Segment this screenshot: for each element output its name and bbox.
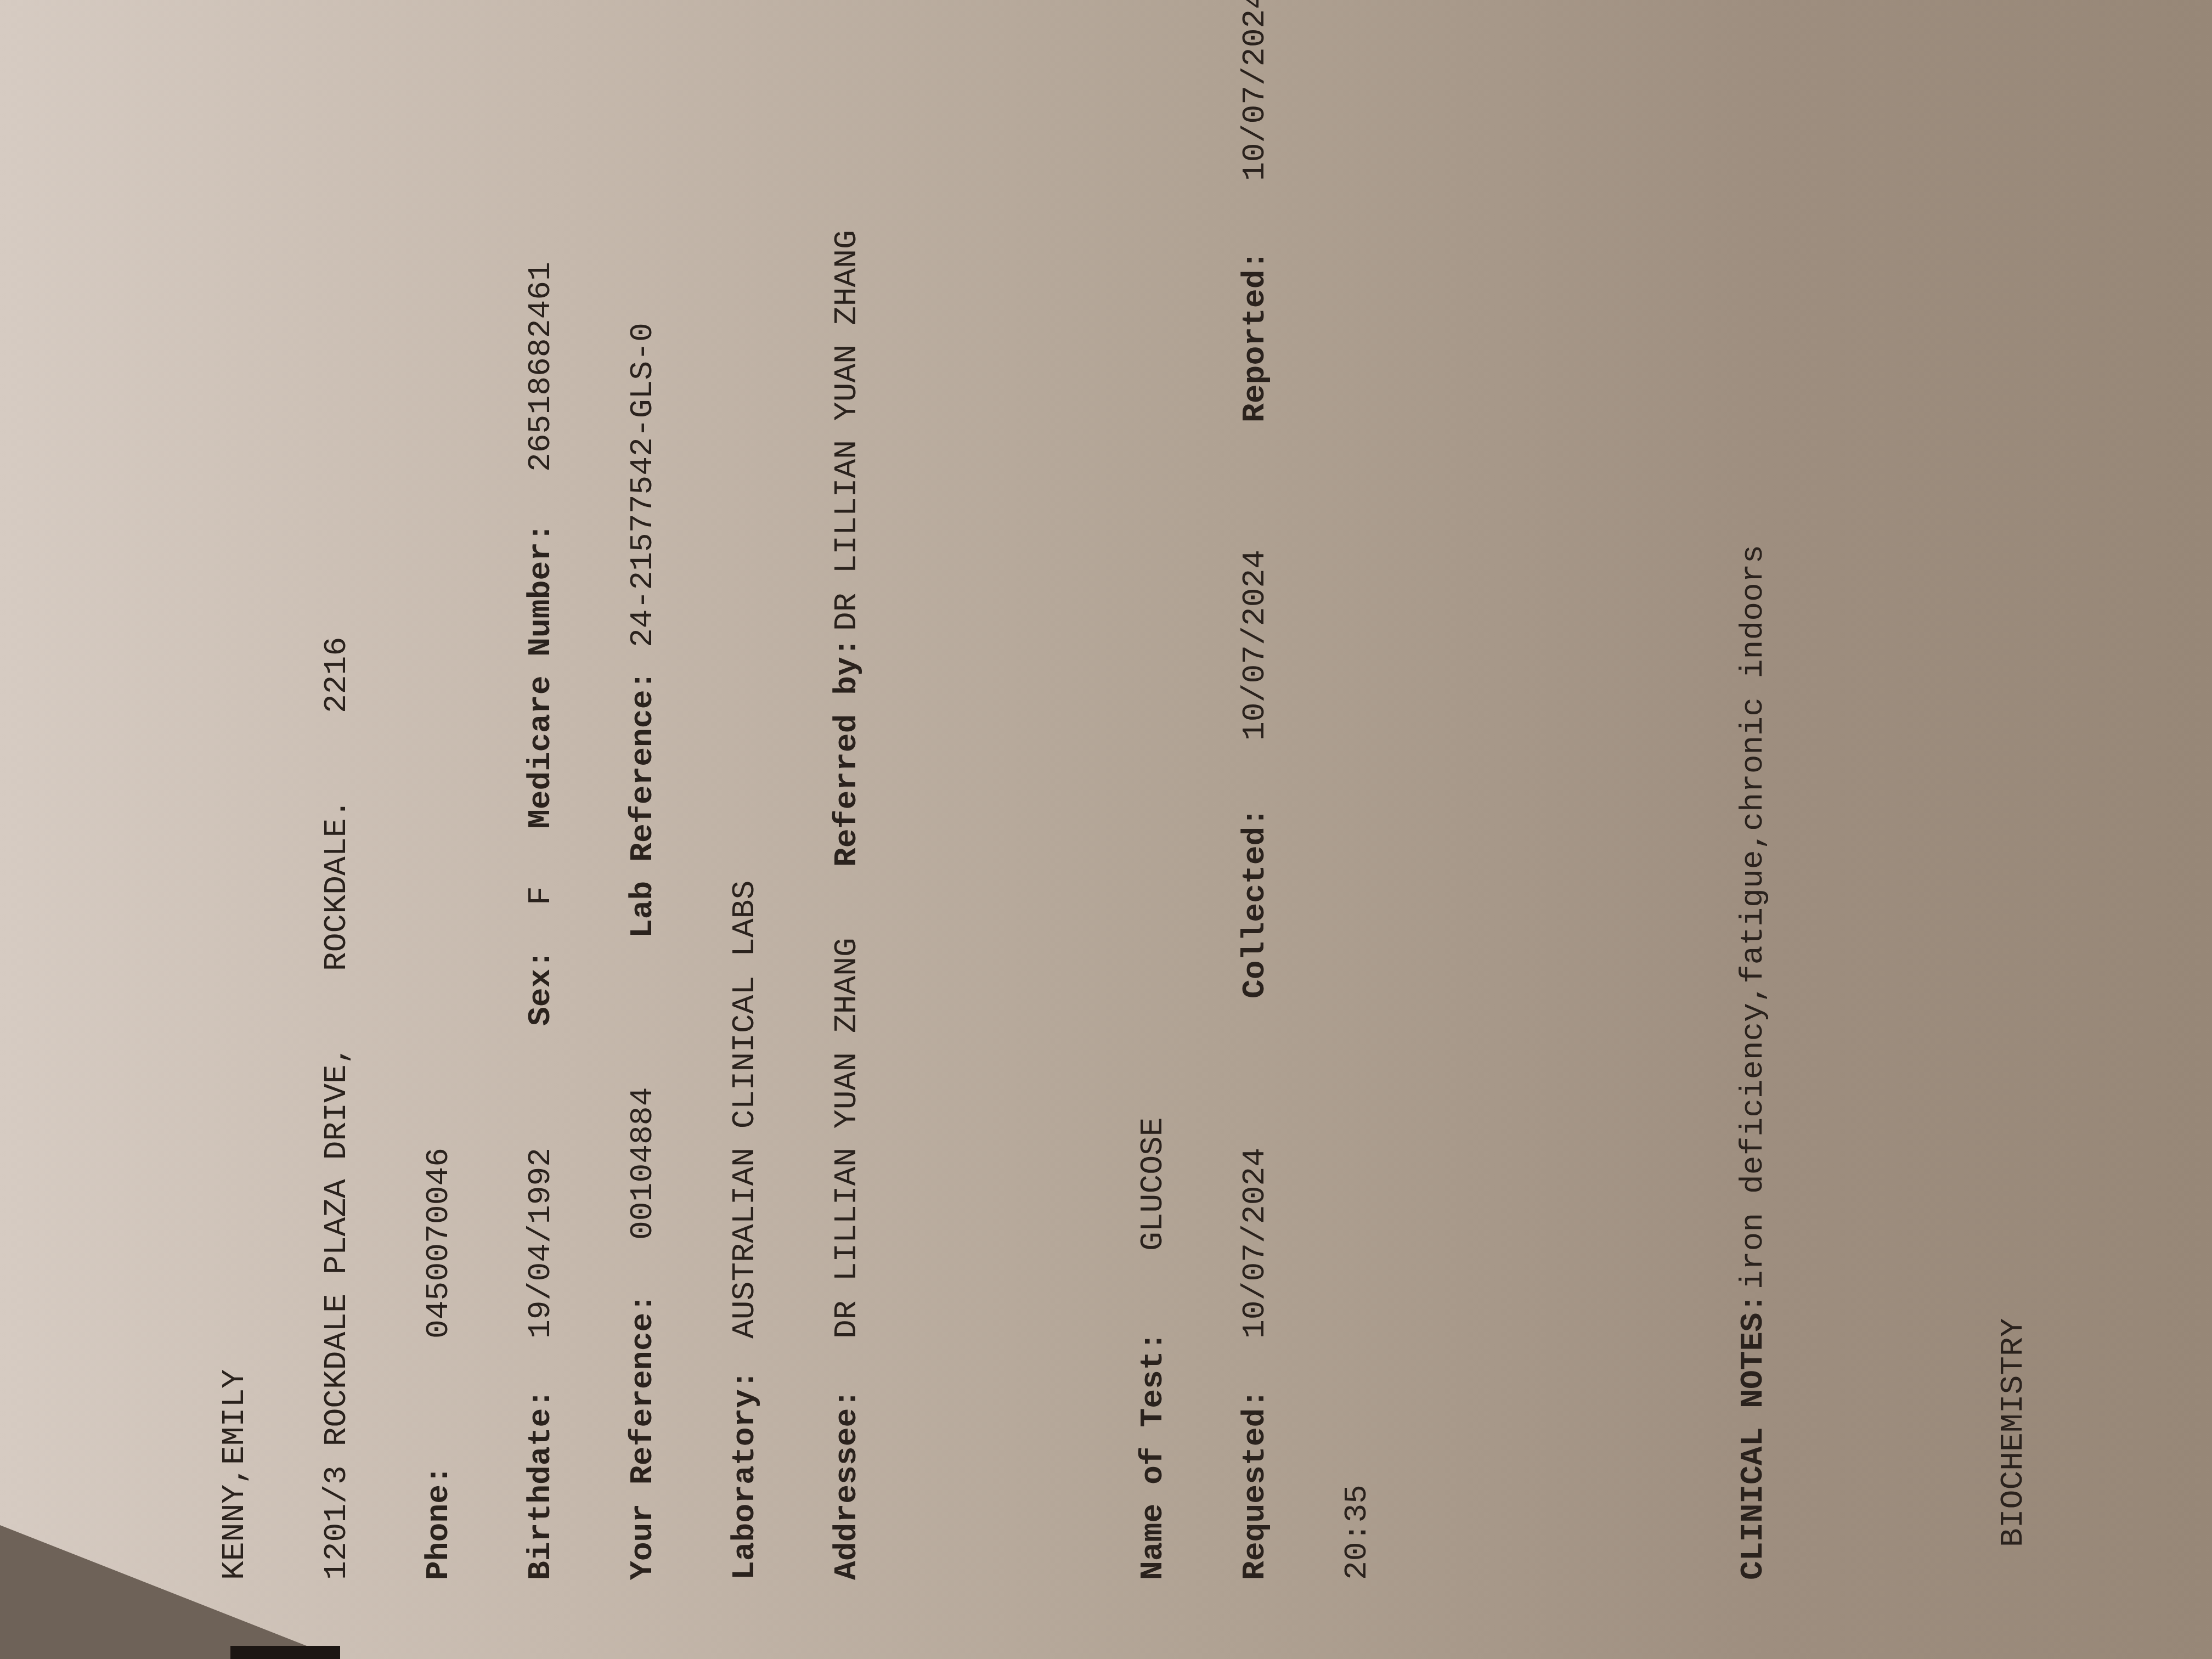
medicare-value: 26518682461 bbox=[524, 262, 558, 472]
patient-name-line: KENNY, EMILY bbox=[218, 0, 252, 1580]
clinical-notes-line: CLINICAL NOTES: iron deficiency,fatigue,… bbox=[1737, 0, 1771, 1580]
laboratory-line: Laboratory: AUSTRALIAN CLINICAL LABS bbox=[729, 0, 763, 1580]
test-name-value: GLUCOSE bbox=[1137, 1117, 1171, 1251]
patient-postcode: 2216 bbox=[320, 637, 354, 713]
sex-value: F bbox=[524, 886, 558, 905]
desk-edge bbox=[230, 1646, 340, 1659]
reported-label: Reported: bbox=[1239, 251, 1273, 422]
patient-suburb: ROCKDALE. bbox=[320, 799, 354, 971]
patient-address: 1201/3 ROCKDALE PLAZA DRIVE, bbox=[320, 1045, 354, 1580]
patient-surname: KENNY, bbox=[218, 1465, 252, 1580]
phone-value: 0450070046 bbox=[422, 1148, 456, 1339]
section-heading-line: BIOCHEMISTRY bbox=[1997, 0, 2031, 1580]
reported-date: 10/07/2024 bbox=[1239, 0, 1273, 181]
your-reference-line: Your Reference: 00104884 Lab Reference: … bbox=[627, 0, 661, 1580]
photo-background: KENNY, EMILY 1201/3 ROCKDALE PLAZA DRIVE… bbox=[0, 0, 2212, 1659]
referred-by-value: DR LILLIAN YUAN ZHANG bbox=[831, 230, 865, 631]
lab-reference-value: 24-21577542-GLS-0 bbox=[627, 323, 661, 647]
clinical-notes-label: CLINICAL NOTES: bbox=[1737, 1294, 1771, 1580]
test-dates-line: Requested: 10/07/2024 Collected: 10/07/2… bbox=[1239, 0, 1273, 1580]
phone-line: Phone: 0450070046 bbox=[422, 0, 456, 1580]
laboratory-value: AUSTRALIAN CLINICAL LABS bbox=[729, 881, 763, 1339]
addressee-value: DR LILLIAN YUAN ZHANG bbox=[831, 938, 865, 1339]
lab-reference-label: Lab Reference: bbox=[627, 671, 661, 938]
referred-by-label: Referred by: bbox=[831, 637, 865, 867]
birthdate-label: Birthdate: bbox=[524, 1389, 558, 1580]
patient-given-name: EMILY bbox=[218, 1369, 252, 1465]
laboratory-label: Laboratory: bbox=[729, 1370, 763, 1580]
clinical-notes-text: iron deficiency,fatigue,chronic indoors bbox=[1737, 545, 1771, 1289]
birthdate-line: Birthdate: 19/04/1992 Sex: F Medicare Nu… bbox=[524, 0, 558, 1580]
collected-date: 10/07/2024 bbox=[1239, 550, 1273, 741]
phone-label: Phone: bbox=[422, 1465, 456, 1580]
requested-time: 20:35 bbox=[1341, 1485, 1375, 1580]
requested-date: 10/07/2024 bbox=[1239, 1148, 1273, 1339]
your-reference-label: Your Reference: bbox=[627, 1294, 661, 1580]
patient-address-line: 1201/3 ROCKDALE PLAZA DRIVE, ROCKDALE. 2… bbox=[320, 0, 354, 1580]
requested-time-line: 20:35 bbox=[1341, 0, 1375, 1580]
addressee-line: Addressee: DR LILLIAN YUAN ZHANG Referre… bbox=[831, 0, 865, 1580]
requested-label: Requested: bbox=[1239, 1389, 1273, 1580]
birthdate-value: 19/04/1992 bbox=[524, 1148, 558, 1339]
test-name-label: Name of Test: bbox=[1137, 1332, 1171, 1580]
test-name-line: Name of Test: GLUCOSE bbox=[1137, 0, 1171, 1580]
pathology-report: KENNY, EMILY 1201/3 ROCKDALE PLAZA DRIVE… bbox=[82, 0, 1673, 1580]
addressee-label: Addressee: bbox=[831, 1389, 865, 1580]
sex-label: Sex: bbox=[524, 950, 558, 1026]
medicare-label: Medicare Number: bbox=[524, 523, 558, 828]
section-heading: BIOCHEMISTRY bbox=[1997, 1318, 2031, 1547]
your-reference-value: 00104884 bbox=[627, 1087, 661, 1240]
collected-label: Collected: bbox=[1239, 808, 1273, 998]
